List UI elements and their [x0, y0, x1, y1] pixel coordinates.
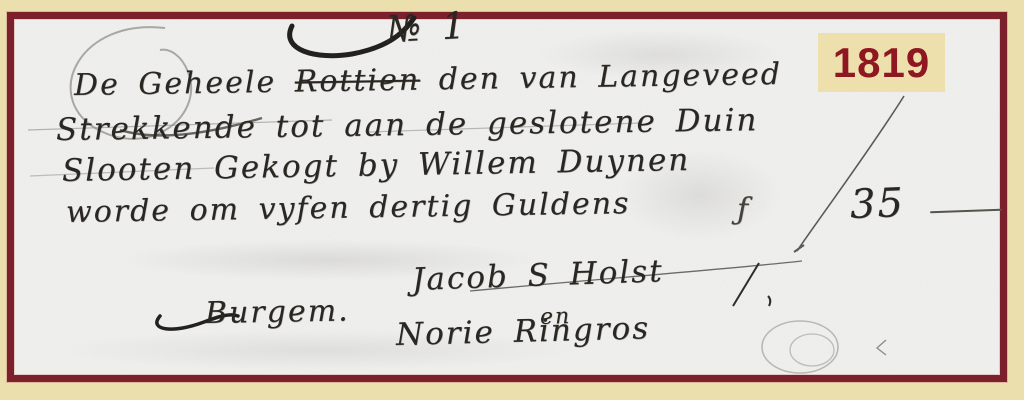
line1-post: den van Langeveed: [420, 57, 782, 98]
amount-value: 35: [849, 180, 905, 228]
currency-florin-sign: ƒ: [737, 192, 750, 227]
year-badge: 1819: [818, 33, 945, 92]
scanned-document-page: № 1 1819 De Geheele Rottien den van Lang…: [0, 0, 1024, 400]
line1-struck-word: Rottien: [294, 63, 420, 100]
numero-mark: № 1: [385, 4, 467, 51]
year-badge-label: 1819: [833, 39, 930, 87]
line1-pre: De Geheele: [74, 65, 295, 103]
signature-name-2: Norie Ringros: [396, 310, 651, 353]
signature-title-burgemeester: Burgem.: [205, 293, 350, 331]
